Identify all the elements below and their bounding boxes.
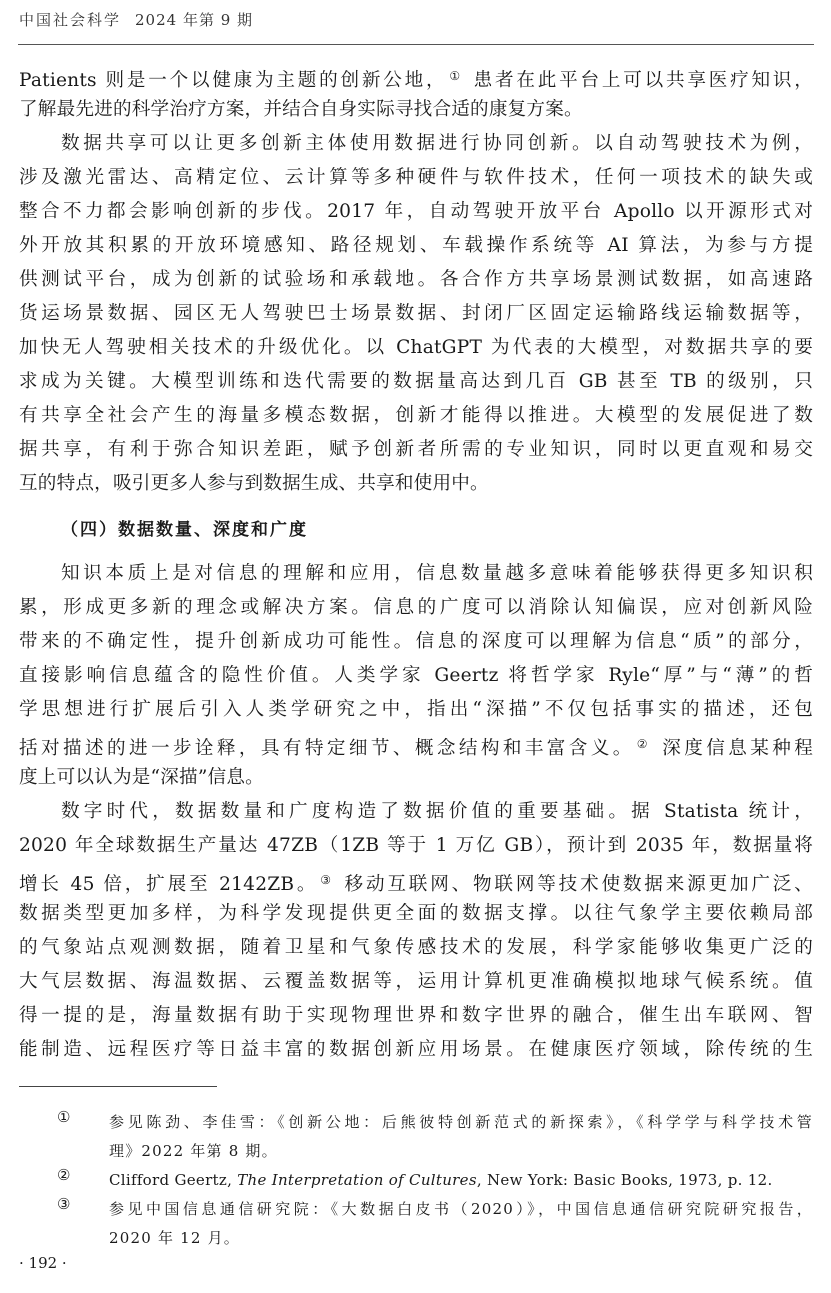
text-line: 数据共享可以让更多创新主体使用数据进行协同创新。以自动驾驶技术为例，	[19, 127, 813, 161]
footnote-text: 理》2022 年第 8 期。	[109, 1137, 813, 1166]
article-body: Patients 则是一个以健康为主题的创新公地，① 患者在此平台上可以共享医疗…	[19, 59, 813, 1067]
text-line: 带来的不确定性，提升创新成功可能性。信息的深度可以理解为信息“质”的部分，	[19, 625, 813, 659]
text-line: 学思想进行扩展后引入人类学研究之中，指出“深描”不仅包括事实的描述，还包	[19, 693, 813, 727]
footnote-rule	[19, 1086, 217, 1087]
text-line: 知识本质上是对信息的理解和应用，信息数量越多意味着能够获得更多知识积	[19, 557, 813, 591]
footnote-text: 参见中国信息通信研究院：《大数据白皮书（2020）》，中国信息通信研究院研究报告…	[109, 1195, 813, 1224]
text-line: 累，形成更多新的理念或解决方案。信息的广度可以消除认知偏误，应对创新风险	[19, 591, 813, 625]
book-title: The Interpretation of Cultures	[237, 1171, 477, 1189]
text-line: 2020 年全球数据生产量达 47ZB（1ZB 等于 1 万亿 GB），预计到 …	[19, 829, 813, 863]
text-line: 了解最先进的科学治疗方案，并结合自身实际寻找合适的康复方案。	[19, 93, 813, 127]
footnote-text: 2020 年 12 月。	[109, 1224, 813, 1253]
paragraph-3: 知识本质上是对信息的理解和应用，信息数量越多意味着能够获得更多知识积 累，形成更…	[19, 557, 813, 795]
footnote-text: Clifford Geertz, The Interpretation of C…	[109, 1166, 813, 1195]
paragraph-2: 数据共享可以让更多创新主体使用数据进行协同创新。以自动驾驶技术为例， 涉及激光雷…	[19, 127, 813, 501]
text-line: 互的特点，吸引更多人参与到数据生成、共享和使用中。	[19, 467, 813, 501]
footnote-mark: ③	[19, 1195, 109, 1253]
text-line: 数字时代，数据数量和广度构造了数据价值的重要基础。据 Statista 统计，	[19, 795, 813, 829]
footnote-mark: ②	[19, 1166, 109, 1195]
text-line: 据共享，有利于弥合知识差距，赋予创新者所需的专业知识，同时以更直观和易交	[19, 433, 813, 467]
text-line: 能制造、远程医疗等日益丰富的数据创新应用场景。在健康医疗领域，除传统的生	[19, 1033, 813, 1067]
footnote-mark: ①	[19, 1108, 109, 1166]
paragraph-1: Patients 则是一个以健康为主题的创新公地，① 患者在此平台上可以共享医疗…	[19, 59, 813, 127]
paragraph-4: 数字时代，数据数量和广度构造了数据价值的重要基础。据 Statista 统计， …	[19, 795, 813, 1067]
issue-label: 2024 年第 9 期	[135, 11, 253, 29]
text-line: Patients 则是一个以健康为主题的创新公地，① 患者在此平台上可以共享医疗…	[19, 59, 813, 93]
text-line: 直接影响信息蕴含的隐性价值。人类学家 Geertz 将哲学家 Ryle“厚”与“…	[19, 659, 813, 693]
text-line: 有共享全社会产生的海量多模态数据，创新才能得以推进。大模型的发展促进了数	[19, 399, 813, 433]
footnote-2: ② Clifford Geertz, The Interpretation of…	[19, 1166, 813, 1195]
footnote-ref-3[interactable]: ③	[320, 873, 334, 887]
text-line: 货运场景数据、园区无人驾驶巴士场景数据、封闭厂区固定运输路线运输数据等，	[19, 297, 813, 331]
footnotes: ① 参见陈劲、李佳雪：《创新公地：后熊彼特创新范式的新探索》，《科学学与科学技术…	[19, 1108, 813, 1253]
text-line: 增长 45 倍，扩展至 2142ZB。③ 移动互联网、物联网等技术使数据来源更加…	[19, 863, 813, 897]
footnote-ref-2[interactable]: ②	[637, 737, 651, 751]
text-line: 涉及激光雷达、高精定位、云计算等多种硬件与软件技术，任何一项技术的缺失或	[19, 161, 813, 195]
text-line: 数据类型更加多样，为科学发现提供更全面的数据支撑。以往气象学主要依赖局部	[19, 897, 813, 931]
text-line: 整合不力都会影响创新的步伐。2017 年，自动驾驶开放平台 Apollo 以开源…	[19, 195, 813, 229]
text-line: 供测试平台，成为创新的试验场和承载地。各合作方共享场景测试数据，如高速路	[19, 263, 813, 297]
text-line: 大气层数据、海温数据、云覆盖数据等，运用计算机更准确模拟地球气候系统。值	[19, 965, 813, 999]
footnote-ref-1[interactable]: ①	[449, 69, 463, 83]
text-line: 加快无人驾驶相关技术的升级优化。以 ChatGPT 为代表的大模型，对数据共享的…	[19, 331, 813, 365]
journal-name: 中国社会科学	[19, 11, 121, 29]
running-head: 中国社会科学2024 年第 9 期	[19, 9, 253, 30]
text-line: 得一提的是，海量数据有助于实现物理世界和数字世界的融合，催生出车联网、智	[19, 999, 813, 1033]
text-line: 的气象站点观测数据，随着卫星和气象传感技术的发展，科学家能够收集更广泛的	[19, 931, 813, 965]
footnote-text: 参见陈劲、李佳雪：《创新公地：后熊彼特创新范式的新探索》，《科学学与科学技术管	[109, 1108, 813, 1137]
page-number: · 192 ·	[19, 1254, 67, 1272]
section-heading: （四）数据数量、深度和广度	[19, 513, 813, 547]
text-line: 外开放其积累的开放环境感知、路径规划、车载操作系统等 AI 算法，为参与方提	[19, 229, 813, 263]
footnote-3: ③ 参见中国信息通信研究院：《大数据白皮书（2020）》，中国信息通信研究院研究…	[19, 1195, 813, 1253]
text-line: 求成为关键。大模型训练和迭代需要的数据量高达到几百 GB 甚至 TB 的级别，只	[19, 365, 813, 399]
text-line: 括对描述的进一步诠释，具有特定细节、概念结构和丰富含义。② 深度信息某种程	[19, 727, 813, 761]
header-rule	[18, 44, 814, 45]
text-line: 度上可以认为是“深描”信息。	[19, 761, 813, 795]
footnote-1: ① 参见陈劲、李佳雪：《创新公地：后熊彼特创新范式的新探索》，《科学学与科学技术…	[19, 1108, 813, 1166]
